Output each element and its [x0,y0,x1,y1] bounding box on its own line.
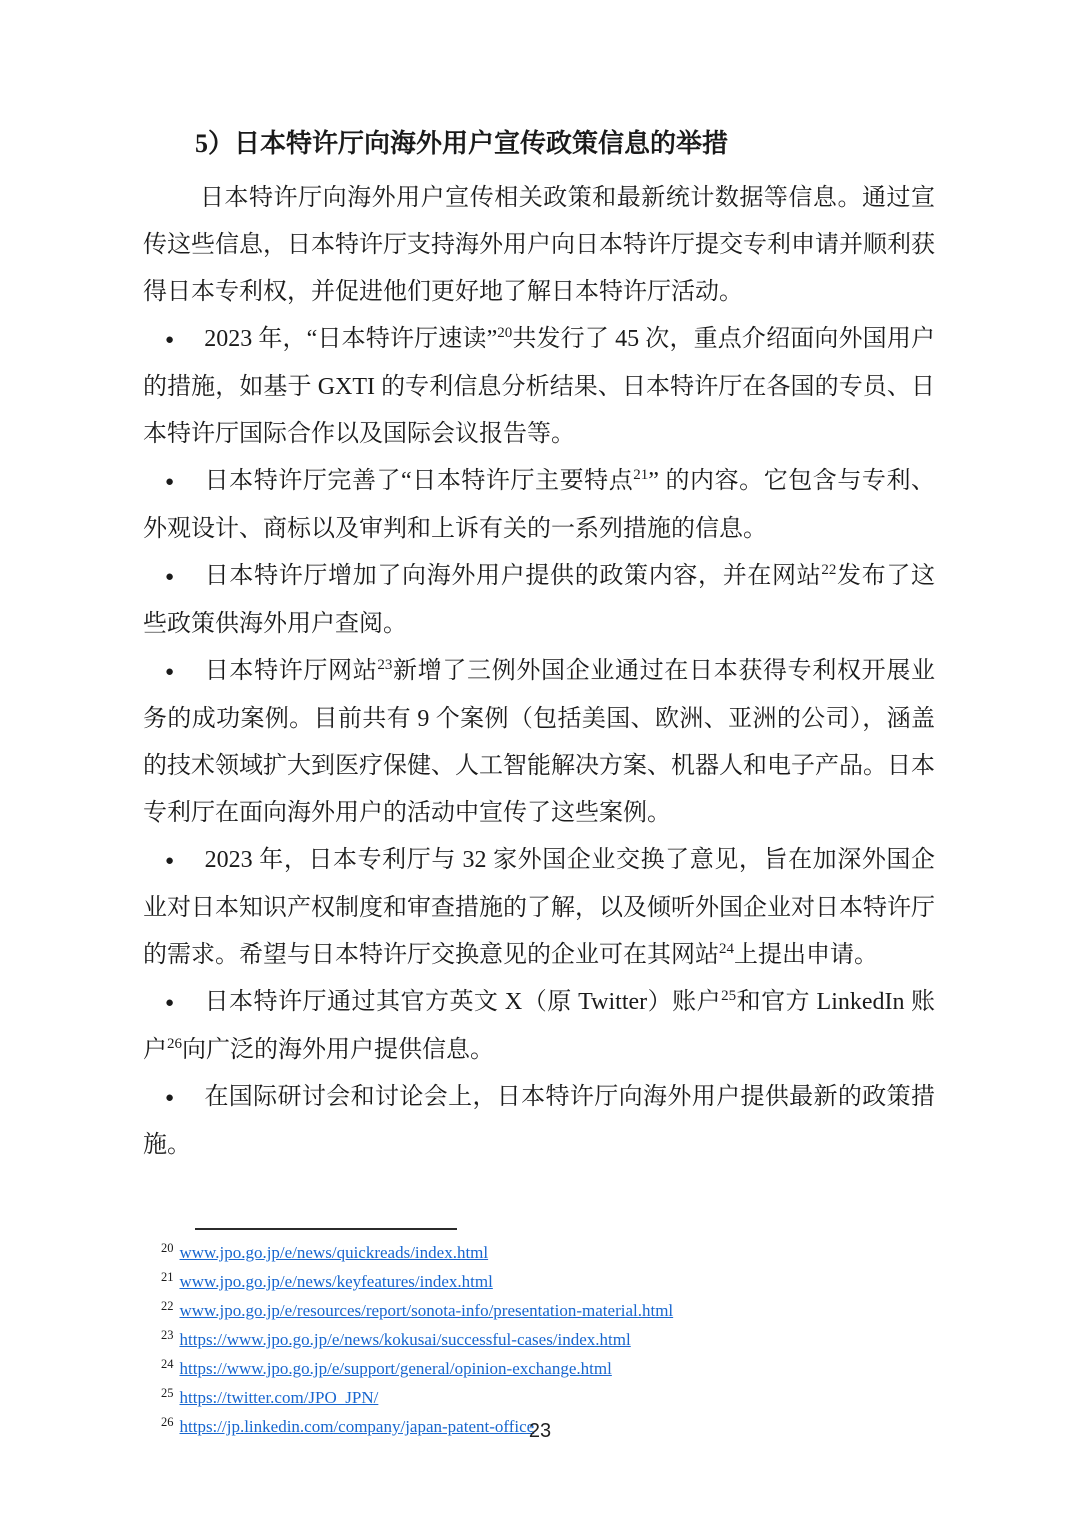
footnote-link[interactable]: https://twitter.com/JPO_JPN/ [180,1388,379,1407]
footnote-item-25: 25https://twitter.com/JPO_JPN/ [143,1381,935,1410]
footnote-link[interactable]: www.jpo.go.jp/e/news/quickreads/index.ht… [180,1243,489,1262]
bullet-item-4: ●日本特许厅网站23新增了三例外国企业通过在日本获得专利权开展业务的成功案例。目… [143,648,935,837]
bullet-icon: ● [165,664,175,680]
bullet-icon: ● [165,474,175,490]
bullet-icon: ● [165,995,175,1011]
bullet-icon: ● [165,1090,174,1106]
bullet-item-2: ●日本特许厅完善了“日本特许厅主要特点21” 的内容。它包含与专利、外观设计、商… [143,458,935,553]
bullet-icon: ● [165,332,174,348]
footnote-item-22: 22www.jpo.go.jp/e/resources/report/sonot… [143,1294,935,1323]
footnote-number: 22 [161,1299,174,1313]
footnote-number: 23 [161,1328,174,1342]
footnote-separator [195,1228,457,1230]
footnote-ref-23: 23 [377,657,392,673]
bullet-item-7: ●在国际研讨会和讨论会上，日本特许厅向海外用户提供最新的政策措施。 [143,1074,935,1169]
document-body: 5）日本特许厅向海外用户宣传政策信息的举措 日本特许厅向海外用户宣传相关政策和最… [143,122,935,1169]
footnote-number: 20 [161,1241,174,1255]
bullet-icon: ● [165,569,175,585]
bullet-text: 向广泛的海外用户提供信息。 [182,1037,494,1063]
bullet-item-1: ●2023 年，“日本特许厅速读”20共发行了 45 次，重点介绍面向外国用户的… [143,316,935,458]
footnote-ref-26: 26 [167,1036,182,1052]
bullet-text: 2023 年，“日本特许厅速读” [204,326,497,352]
bullet-item-5: ●2023 年，日本专利厅与 32 家外国企业交换了意见，旨在加深外国企业对日本… [143,837,935,979]
bullet-text: 在国际研讨会和讨论会上，日本特许厅向海外用户提供最新的政策措施。 [143,1084,935,1158]
document-page: 5）日本特许厅向海外用户宣传政策信息的举措 日本特许厅向海外用户宣传相关政策和最… [0,0,1080,1528]
bullet-text: 日本特许厅完善了“日本特许厅主要特点 [205,468,634,494]
footnote-item-21: 21www.jpo.go.jp/e/news/keyfeatures/index… [143,1265,935,1294]
bullet-text: 日本特许厅增加了向海外用户提供的政策内容，并在网站 [205,563,822,589]
footnotes-section: 20www.jpo.go.jp/e/news/quickreads/index.… [143,1228,935,1439]
footnote-number: 24 [161,1357,174,1371]
footnote-number: 21 [161,1270,174,1284]
footnote-item-20: 20www.jpo.go.jp/e/news/quickreads/index.… [143,1236,935,1265]
bullet-icon: ● [165,853,175,869]
footnote-link[interactable]: www.jpo.go.jp/e/news/keyfeatures/index.h… [180,1272,493,1291]
footnote-item-23: 23https://www.jpo.go.jp/e/news/kokusai/s… [143,1323,935,1352]
bullet-item-3: ●日本特许厅增加了向海外用户提供的政策内容，并在网站22发布了这些政策供海外用户… [143,553,935,648]
section-heading: 5）日本特许厅向海外用户宣传政策信息的举措 [143,122,935,166]
page-number: 23 [0,1420,1080,1443]
footnote-link[interactable]: https://www.jpo.go.jp/e/news/kokusai/suc… [180,1330,631,1349]
footnote-ref-25: 25 [721,988,736,1004]
bullet-text: 日本特许厅通过其官方英文 X（原 Twitter）账户 [205,989,722,1015]
footnote-ref-24: 24 [719,941,734,957]
footnote-ref-22: 22 [821,562,836,578]
footnote-link[interactable]: www.jpo.go.jp/e/resources/report/sonota-… [180,1301,674,1320]
bullet-text: 上提出申请。 [734,942,878,968]
bullet-text: 日本特许厅网站 [205,658,378,684]
footnote-item-24: 24https://www.jpo.go.jp/e/support/genera… [143,1352,935,1381]
intro-paragraph: 日本特许厅向海外用户宣传相关政策和最新统计数据等信息。通过宣传这些信息，日本特许… [143,175,935,316]
footnote-number: 25 [161,1386,174,1400]
footnote-ref-21: 21 [633,467,648,483]
bullet-item-6: ●日本特许厅通过其官方英文 X（原 Twitter）账户25和官方 Linked… [143,979,935,1074]
footnote-ref-20: 20 [497,325,512,341]
footnote-link[interactable]: https://www.jpo.go.jp/e/support/general/… [180,1359,612,1378]
